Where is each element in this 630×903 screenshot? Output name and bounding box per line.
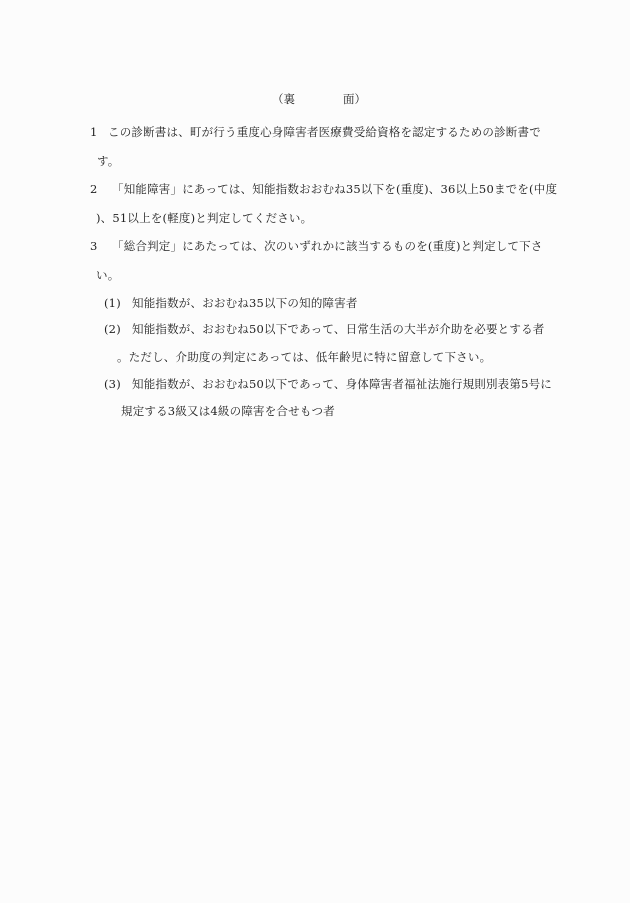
note-number: 2 — [90, 182, 112, 196]
note-text: 「総合判定」にあたっては、次のいずれかに該当するものを(重度)と判定して下さ — [112, 239, 543, 253]
note-3-continuation: い。 — [96, 268, 119, 282]
sub-item-text: 知能指数が、おおむね35以下の知的障害者 — [132, 296, 358, 310]
note-2: 2「知能障害」にあっては、知能指数おおむね35以下を(重度)、36以上50までを… — [90, 182, 557, 196]
note-1-continuation: す。 — [97, 154, 119, 168]
sub-item-3-continuation: 規定する3級又は4級の障害を合せもつ者 — [121, 404, 335, 418]
note-text: 「知能障害」にあっては、知能指数おおむね35以下を(重度)、36以上50までを(… — [112, 182, 557, 196]
sub-item-number: (2) — [104, 322, 132, 336]
sub-item-1: (1)知能指数が、おおむね35以下の知的障害者 — [104, 296, 358, 310]
sub-item-3: (3)知能指数が、おおむね50以下であって、身体障害者福祉法施行規則別表第5号に — [104, 377, 552, 391]
side-label-left: （裏 — [272, 92, 295, 106]
note-text: この診断書は、町が行う重度心身障害者医療費受給資格を認定するための診断書で — [108, 125, 541, 139]
side-label-right: 面） — [343, 92, 366, 106]
note-3: 3「総合判定」にあたっては、次のいずれかに該当するものを(重度)と判定して下さ — [90, 239, 543, 253]
note-number: 1 — [90, 125, 108, 139]
sub-item-text: 知能指数が、おおむね50以下であって、日常生活の大半が介助を必要とする者 — [132, 322, 544, 336]
page-side-label: （裏面） — [272, 92, 366, 106]
note-number: 3 — [90, 239, 112, 253]
note-2-continuation: )、51以上を(軽度)と判定してください。 — [96, 211, 312, 225]
sub-item-2-continuation: 。ただし、介助度の判定にあっては、低年齢児に特に留意して下さい。 — [117, 350, 491, 364]
sub-item-2: (2)知能指数が、おおむね50以下であって、日常生活の大半が介助を必要とする者 — [104, 322, 544, 336]
note-1: 1この診断書は、町が行う重度心身障害者医療費受給資格を認定するための診断書で — [90, 125, 541, 139]
sub-item-number: (1) — [104, 296, 132, 310]
sub-item-number: (3) — [104, 377, 132, 391]
sub-item-text: 知能指数が、おおむね50以下であって、身体障害者福祉法施行規則別表第5号に — [132, 377, 552, 391]
